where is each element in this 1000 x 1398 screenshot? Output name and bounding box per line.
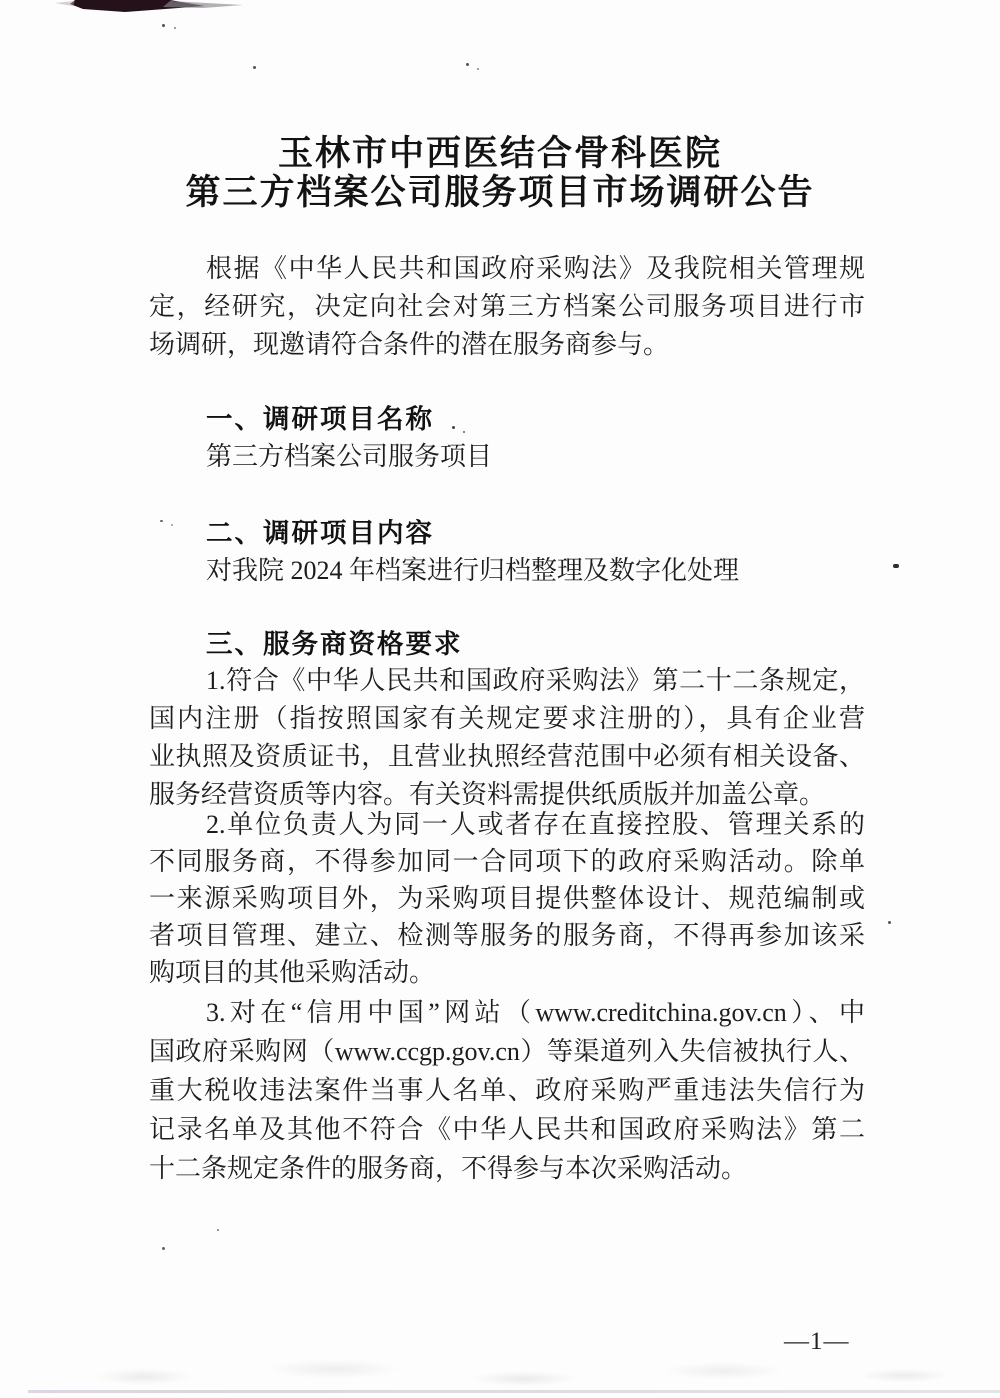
text-line: 不同服务商，不得参加同一合同项下的政府采购活动。除单 [149,843,865,880]
section-1: 一、调研项目名称 [149,400,865,438]
text-line: 重大税收违法案件当事人名单、政府采购严重违法失信行为 [149,1071,865,1110]
document-page: 玉林市中西医结合骨科医院 第三方档案公司服务项目市场调研公告 根据《中华人民共和… [0,0,1000,1398]
section-2-content: 对我院 2024 年档案进行归档整理及数字化处理 [149,552,865,590]
text-line: 根据《中华人民共和国政府采购法》及我院相关管理规 [149,250,865,288]
section-1-heading: 一、调研项目名称 [149,400,865,438]
text-line: 第三方档案公司服务项目 [149,438,865,476]
intro-paragraph: 根据《中华人民共和国政府采购法》及我院相关管理规 定，经研究，决定向社会对第三方… [149,250,865,364]
section-3-heading: 三、服务商资格要求 [149,625,865,663]
text-line: 场调研，现邀请符合条件的潜在服务商参与。 [149,326,865,364]
scan-speck [162,24,165,27]
scan-speck [217,1229,219,1231]
text-line: 记录名单及其他不符合《中华人民共和国政府采购法》第二 [149,1110,865,1149]
scan-speck [162,1247,165,1250]
document-title: 玉林市中西医结合骨科医院 第三方档案公司服务项目市场调研公告 [0,134,1000,212]
scan-speck [174,27,176,29]
text-line: 定，经研究，决定向社会对第三方档案公司服务项目进行市 [149,288,865,326]
scan-speck [888,921,891,924]
qualification-item-2: 2.单位负责人为同一人或者存在直接控股、管理关系的 不同服务商，不得参加同一合同… [149,806,865,991]
text-line: 一来源采购项目外，为采购项目提供整体设计、规范编制或 [149,880,865,917]
qualification-item-1: 1.符合《中华人民共和国政府采购法》第二十二条规定， 国内注册（指按照国家有关规… [149,662,865,814]
scan-noise-band [30,1352,980,1390]
text-line: 业执照及资质证书，且营业执照经营范围中必须有相关设备、 [149,738,865,776]
title-line-1: 玉林市中西医结合骨科医院 [0,134,1000,173]
text-line: 十二条规定条件的服务商，不得参与本次采购活动。 [149,1149,865,1188]
text-line: 1.符合《中华人民共和国政府采购法》第二十二条规定， [149,662,865,700]
text-line: 2.单位负责人为同一人或者存在直接控股、管理关系的 [149,806,865,843]
section-2: 二、调研项目内容 [149,514,865,552]
qualification-item-3: 3.对在“信用中国”网站（www.creditchina.gov.cn）、中 国… [149,993,865,1188]
text-line: 国政府采购网（www.ccgp.gov.cn）等渠道列入失信被执行人、 [149,1032,865,1071]
scan-speck [893,564,899,568]
text-line: 者项目管理、建立、检测等服务的服务商，不得再参加该采 [149,917,865,954]
scan-speck [466,63,469,66]
scan-artifact-corner [45,0,255,16]
section-2-heading: 二、调研项目内容 [149,514,865,552]
text-line: 国内注册（指按照国家有关规定要求注册的），具有企业营 [149,700,865,738]
text-line: 3.对在“信用中国”网站（www.creditchina.gov.cn）、中 [149,993,865,1032]
section-1-content: 第三方档案公司服务项目 [149,438,865,476]
title-line-2: 第三方档案公司服务项目市场调研公告 [0,173,1000,212]
text-line: 购项目的其他采购活动。 [149,954,865,991]
text-line: 对我院 2024 年档案进行归档整理及数字化处理 [149,552,865,590]
section-3: 三、服务商资格要求 [149,625,865,663]
scan-speck [477,68,479,70]
scan-speck [253,66,256,69]
scan-edge-line [28,1390,1000,1393]
